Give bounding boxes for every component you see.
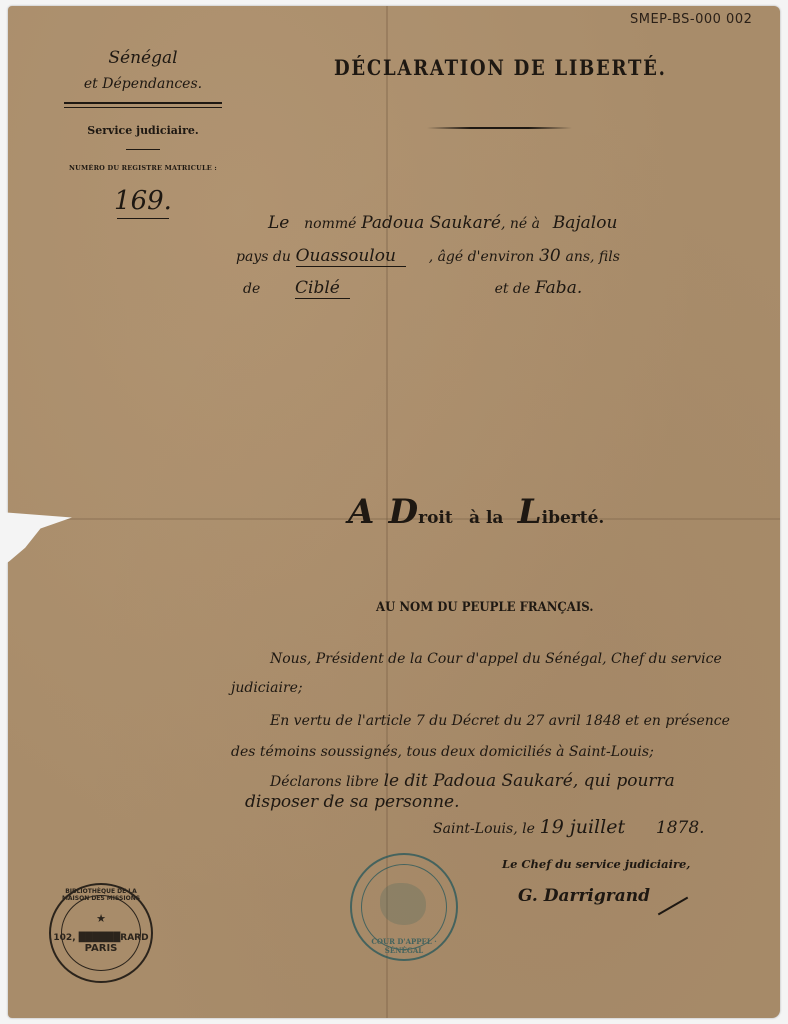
court-seal-text: COUR D'APPEL · SÉNÉGAL (352, 937, 456, 955)
de-label: de (243, 281, 260, 297)
gothic-initial-l: L (518, 492, 542, 532)
father-name: Ciblé (295, 278, 350, 299)
registry-label: NUMÉRO DU REGISTRE MATRICULE : (58, 164, 228, 172)
title-ornament (427, 127, 572, 129)
declaration-line-3: En vertu de l'article 7 du Décret du 27 … (270, 713, 730, 729)
declaration-line-5: Déclarons libre le dit Padoua Saukaré, q… (270, 771, 675, 791)
declaration-line-4: des témoins soussignés, tous deux domici… (231, 744, 654, 760)
au-nom-heading: AU NOM DU PEUPLE FRANÇAIS. (376, 600, 593, 615)
pays-label: pays du (236, 249, 291, 265)
person-line-3: de Ciblé et de Faba. (243, 278, 582, 298)
declaration-line-6: disposer de sa personne. (245, 792, 459, 812)
signatory-title: Le Chef du service judiciaire, (502, 857, 690, 871)
birthplace: Bajalou (553, 213, 618, 233)
nomme-label: nommé (304, 216, 356, 232)
date-place: Saint-Louis, le (433, 821, 535, 837)
age-suffix: ans, fils (565, 249, 619, 265)
age: 30 (539, 246, 561, 266)
person-name: Padoua Saukaré (361, 213, 501, 233)
divider (64, 102, 222, 108)
stamp-ring (61, 895, 141, 971)
freed-person-clause: le dit Padoua Saukaré, qui pourra (384, 771, 675, 791)
declaration-line-1: Nous, Président de la Cour d'appel du Sé… (270, 651, 722, 667)
declaration-line-2: judiciaire; (231, 680, 303, 696)
colony-name: Sénégal (58, 48, 228, 68)
country: Ouassoulou (296, 246, 406, 267)
registry-number: 169. (58, 186, 228, 216)
date-year: 1878. (656, 818, 705, 838)
divider (117, 218, 169, 219)
date-day-month: 19 juillet (540, 816, 625, 838)
divider (126, 149, 160, 150)
date-line: Saint-Louis, le 19 juillet 1878. (433, 816, 705, 838)
mother-name: Faba. (535, 278, 582, 298)
document-title: DÉCLARATION DE LIBERTÉ. (334, 55, 667, 80)
seal-emblem-icon (380, 883, 426, 925)
person-line-2: pays du Ouassoulou , âgé d'environ 30 an… (236, 246, 620, 266)
person-line-1: Le nommé Padoua Saukaré, né à Bajalou (268, 213, 617, 233)
left-header: Sénégal et Dépendances. Service judiciai… (58, 48, 228, 219)
gothic-initial-d: D (389, 492, 418, 532)
court-seal: COUR D'APPEL · SÉNÉGAL (350, 853, 458, 961)
library-stamp-ring-text: BIBLIOTHÈQUE DE LA MAISON DES MISSIONS (51, 888, 151, 902)
archive-reference: SMEP-BS-000 002 (630, 12, 752, 27)
droit-heading: A Droit à la Liberté. (348, 492, 604, 532)
born-label: , né à (501, 216, 540, 232)
gothic-initial-a: A (348, 492, 374, 532)
age-label: , âgé d'environ (429, 249, 535, 265)
signature: G. Darrigrand (518, 886, 650, 906)
intro-text: Le (268, 213, 289, 233)
et-de-label: et de (495, 281, 531, 297)
library-stamp: BIBLIOTHÈQUE DE LA MAISON DES MISSIONS ★… (49, 883, 153, 983)
droit-word: roit (418, 508, 453, 528)
service-label: Service judiciaire. (58, 124, 228, 137)
declarons-libre: Déclarons libre (270, 774, 379, 790)
a-la-word: à la (469, 508, 503, 528)
dependencies-label: et Dépendances. (58, 76, 228, 92)
liberte-word: iberté. (542, 508, 605, 528)
